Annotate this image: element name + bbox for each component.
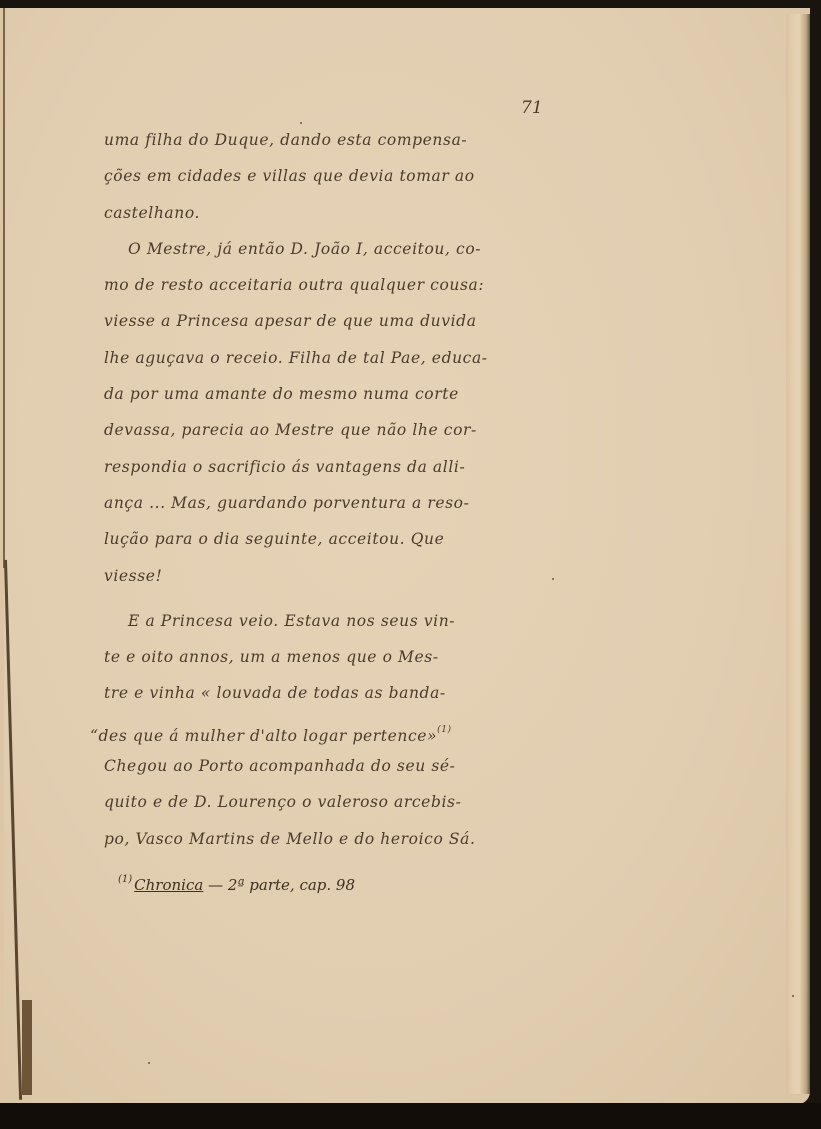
paper-speck	[148, 1062, 150, 1064]
page-fold-line	[3, 8, 5, 568]
footnote-marker: (1)	[118, 874, 132, 885]
quoted-text: “des que á mulher d'alto logar pertence»	[90, 727, 437, 745]
paragraph-start-line: O Mestre, já então D. João I, acceitou, …	[104, 231, 574, 267]
manuscript-body: uma filha do Duque, dando esta compensa-…	[104, 122, 574, 857]
text-line: castelhano.	[104, 195, 574, 231]
text-line: ções em cidades e villas que devia tomar…	[104, 158, 574, 194]
text-line: Chegou ao Porto acompanhada do seu sé-	[104, 748, 574, 784]
paper-speck	[792, 995, 794, 997]
text-line: te e oito annos, um a menos que o Mes-	[104, 639, 574, 675]
paragraph-start-line: E a Princesa veio. Estava nos seus vin-	[104, 603, 574, 639]
text-line: da por uma amante do mesmo numa corte	[104, 376, 574, 412]
text-line: ança ... Mas, guardando porventura a res…	[104, 485, 574, 521]
footnote: (1)Chronica — 2ª parte, cap. 98	[118, 874, 355, 894]
fold-shadow	[22, 1000, 32, 1095]
text-line: viesse a Princesa apesar de que uma duvi…	[104, 303, 574, 339]
text-line: lhe aguçava o receio. Filha de tal Pae, …	[104, 340, 574, 376]
footnote-source-title: Chronica	[134, 876, 203, 894]
footnote-reference: (1)	[437, 725, 452, 735]
text-line: lução para o dia seguinte, acceitou. Que	[104, 521, 574, 557]
scanned-manuscript: 71 uma filha do Duque, dando esta compen…	[0, 0, 821, 1129]
text-line: tre e vinha « louvada de todas as banda-	[104, 675, 574, 711]
footnote-citation: — 2ª parte, cap. 98	[203, 876, 355, 894]
text-line: quito e de D. Lourenço o valeroso arcebi…	[104, 784, 574, 820]
text-line: po, Vasco Martins de Mello e do heroico …	[104, 821, 574, 857]
text-line: viesse!	[104, 558, 574, 594]
page-number: 71	[521, 98, 543, 118]
text-line: mo de resto acceitaria outra qualquer co…	[104, 267, 574, 303]
text-line: devassa, parecia ao Mestre que não lhe c…	[104, 412, 574, 448]
scan-bottom-shadow	[0, 1103, 821, 1129]
text-line: respondia o sacrificio ás vantagens da a…	[104, 449, 574, 485]
text-line-with-footnote-ref: “des que á mulher d'alto logar pertence»…	[90, 712, 574, 748]
deckle-edge	[786, 14, 810, 1094]
text-line: uma filha do Duque, dando esta compensa-	[104, 122, 574, 158]
